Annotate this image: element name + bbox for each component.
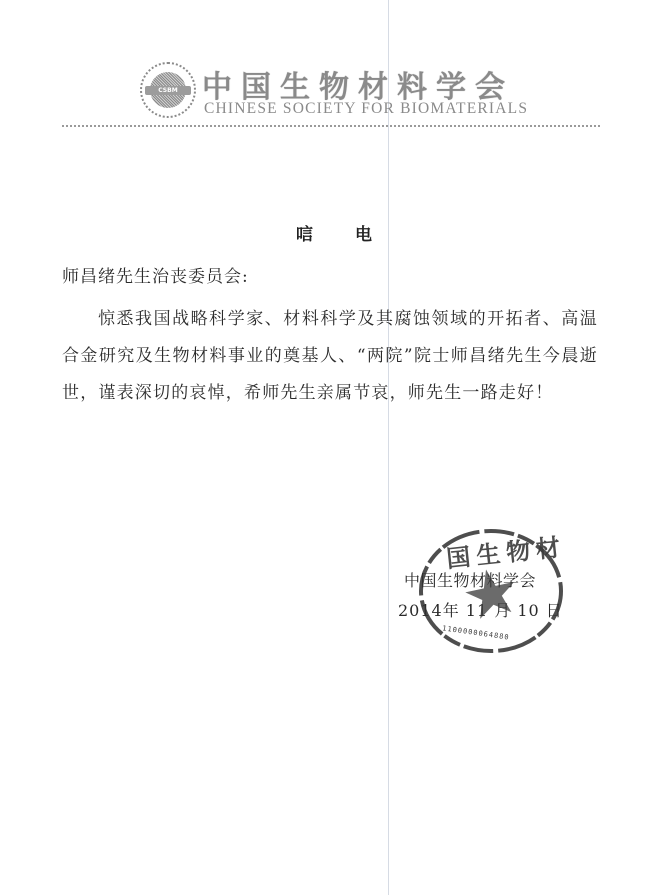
- society-emblem-icon: CSBM: [140, 62, 196, 118]
- seal-serial-number: 1100000064880: [442, 624, 510, 641]
- salutation: 师昌绪先生治丧委员会:: [62, 262, 249, 287]
- body-paragraph: 惊悉我国战略科学家、材料科学及其腐蚀领域的开拓者、高温合金研究及生物材料事业的奠…: [62, 301, 598, 412]
- header-divider: [62, 125, 600, 127]
- letterhead: CSBM 中国生物材料学会 CHINESE SOCIETY FOR BIOMAT…: [138, 58, 528, 124]
- signature-organization: 中国生物材料学会: [404, 568, 536, 591]
- official-seal: 国生物材 1100000064880: [416, 525, 566, 657]
- seal-ring-icon: [416, 525, 566, 657]
- emblem-label: CSBM: [145, 86, 191, 95]
- signature-date: 2014年 11 月 10 日: [398, 598, 563, 621]
- page-fold-line: [388, 0, 389, 895]
- document-title: 唁 电: [0, 220, 650, 245]
- org-name-english: CHINESE SOCIETY FOR BIOMATERIALS: [204, 100, 528, 118]
